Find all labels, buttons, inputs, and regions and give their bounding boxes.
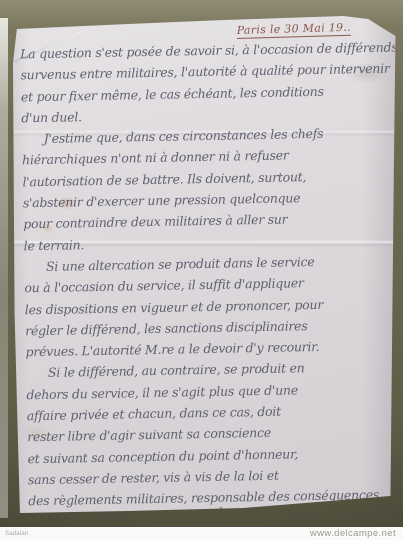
paragraph: Si le différend, au contraire, se produi… — [26, 356, 398, 512]
handwriting-layer: Paris le 30 Mai 19.. La question s'est p… — [8, 10, 401, 517]
backing-sheet-edge — [0, 18, 8, 518]
letter-body: La question s'est posée de savoir si, à … — [20, 37, 398, 524]
letter-paper: Paris le 30 Mai 19.. La question s'est p… — [13, 13, 397, 513]
seller-watermark: Sadalan — [0, 531, 28, 537]
letter-signature: Picquard — [304, 501, 392, 519]
watermark-strip: Sadalan www.delcampe.net — [0, 527, 403, 540]
delcampe-watermark: www.delcampe.net — [310, 528, 403, 539]
photo-background: Paris le 30 Mai 19.. La question s'est p… — [0, 0, 403, 527]
paragraph: Si une altercation se produit dans le se… — [24, 250, 395, 363]
paragraph: J'estime que, dans ces circonstances les… — [22, 122, 393, 257]
letter-closing: de son acte — [214, 503, 284, 519]
paragraph: La question s'est posée de savoir si, à … — [20, 37, 390, 129]
letter-dateline: Paris le 30 Mai 19.. — [236, 21, 351, 39]
